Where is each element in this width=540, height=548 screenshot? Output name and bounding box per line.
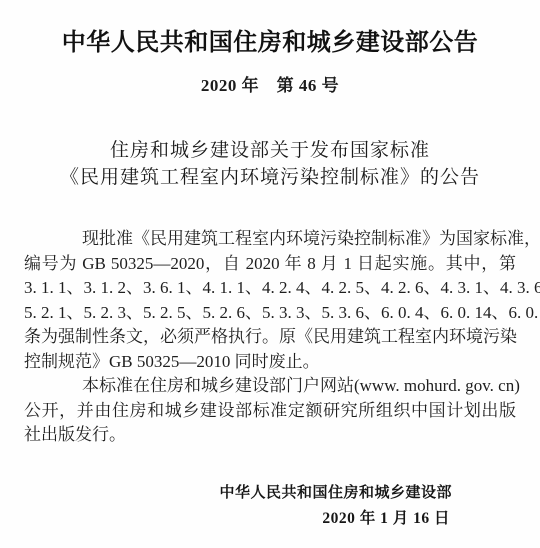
signature-date: 2020 年 1 月 16 日 [322, 506, 450, 528]
subtitle-line-1: 住房和城乡建设部关于发布国家标准 [0, 138, 540, 165]
body-line: 条为强制性条文，必须严格执行。原《民用建筑工程室内环境污染 [24, 325, 516, 350]
body-line: 现批准《民用建筑工程室内环境污染控制标准》为国家标准， [24, 227, 516, 252]
body-line: 3. 1. 1、3. 1. 2、3. 6. 1、4. 1. 1、4. 2. 4、… [24, 276, 516, 301]
body-line: 编号为 GB 50325—2020，自 2020 年 8 月 1 日起实施。其中… [24, 252, 516, 277]
document-title: 中华人民共和国住房和城乡建设部公告 [0, 22, 540, 57]
body-paragraphs: 现批准《民用建筑工程室内环境污染控制标准》为国家标准， 编号为 GB 50325… [24, 227, 516, 448]
subtitle-line-2: 《民用建筑工程室内环境污染控制标准》的公告 [0, 165, 540, 192]
body-line: 社出版发行。 [24, 423, 516, 448]
body-line: 公开，并由住房和城乡建设部标准定额研究所组织中国计划出版 [24, 399, 516, 424]
announcement-subtitle: 住房和城乡建设部关于发布国家标准 《民用建筑工程室内环境污染控制标准》的公告 [0, 138, 540, 191]
body-line: 本标准在住房和城乡建设部门户网站(www. mohurd. gov. cn) [24, 374, 516, 399]
signature-organization: 中华人民共和国住房和城乡建设部 [219, 481, 452, 502]
body-line: 控制规范》GB 50325—2010 同时废止。 [24, 350, 516, 375]
body-line: 5. 2. 1、5. 2. 3、5. 2. 5、5. 2. 6、5. 3. 3、… [24, 301, 516, 326]
issue-number: 2020 年 第 46 号 [0, 71, 540, 96]
announcement-document: 中华人民共和国住房和城乡建设部公告 2020 年 第 46 号 住房和城乡建设部… [0, 0, 540, 548]
